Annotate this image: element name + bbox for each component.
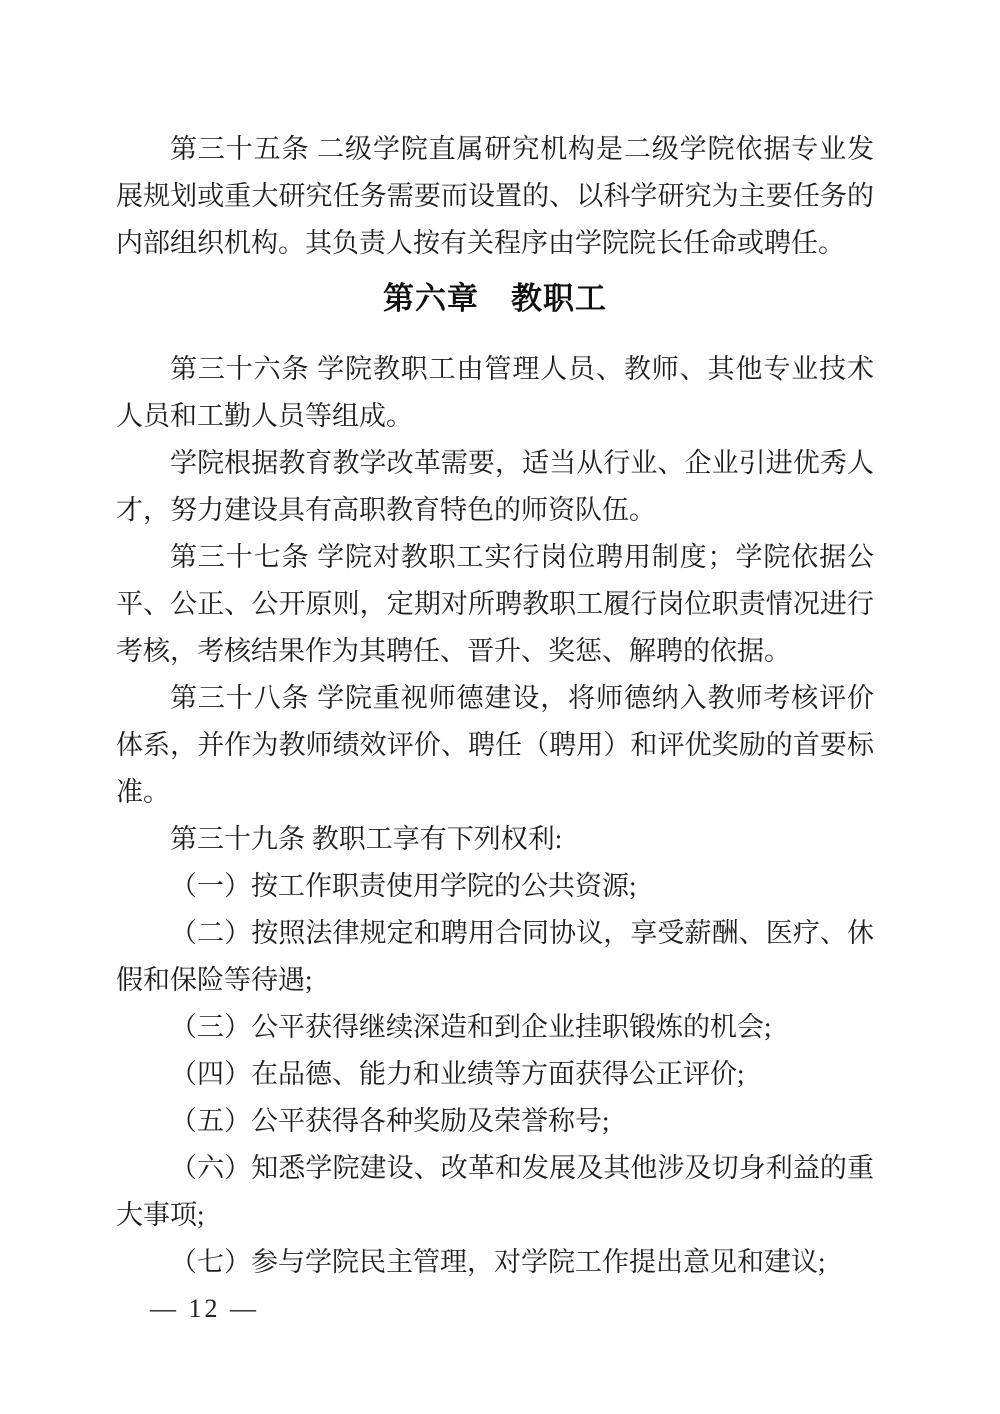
right-item-4: （四）在品德、能力和业绩等方面获得公正评价;: [116, 1051, 874, 1098]
document-body: 第三十五条 二级学院直属研究机构是二级学院依据专业发展规划或重大研究任务需要而设…: [116, 126, 874, 1286]
chapter-6-heading: 第六章 教职工: [116, 275, 874, 322]
right-item-7: （七）参与学院民主管理，对学院工作提出意见和建议;: [116, 1239, 874, 1286]
right-item-1: （一）按工作职责使用学院的公共资源;: [116, 863, 874, 910]
right-item-5: （五）公平获得各种奖励及荣誉称号;: [116, 1098, 874, 1145]
right-item-6: （六）知悉学院建设、改革和发展及其他涉及切身利益的重大事项;: [116, 1145, 874, 1239]
right-item-3: （三）公平获得继续深造和到企业挂职锻炼的机会;: [116, 1004, 874, 1051]
right-item-2: （二）按照法律规定和聘用合同协议，享受薪酬、医疗、休假和保险等待遇;: [116, 910, 874, 1004]
article-36-paragraph-1: 第三十六条 学院教职工由管理人员、教师、其他专业技术人员和工勤人员等组成。: [116, 346, 874, 440]
article-37-paragraph: 第三十七条 学院对教职工实行岗位聘用制度；学院依据公平、公正、公开原则，定期对所…: [116, 534, 874, 675]
article-36-paragraph-2: 学院根据教育教学改革需要，适当从行业、企业引进优秀人才，努力建设具有高职教育特色…: [116, 440, 874, 534]
article-39-lead-paragraph: 第三十九条 教职工享有下列权利:: [116, 816, 874, 863]
article-35-paragraph: 第三十五条 二级学院直属研究机构是二级学院依据专业发展规划或重大研究任务需要而设…: [116, 126, 874, 267]
article-38-paragraph: 第三十八条 学院重视师德建设，将师德纳入教师考核评价体系，并作为教师绩效评价、聘…: [116, 675, 874, 816]
document-page: 第三十五条 二级学院直属研究机构是二级学院依据专业发展规划或重大研究任务需要而设…: [0, 0, 1000, 1414]
page-number: — 12 —: [150, 1294, 259, 1324]
